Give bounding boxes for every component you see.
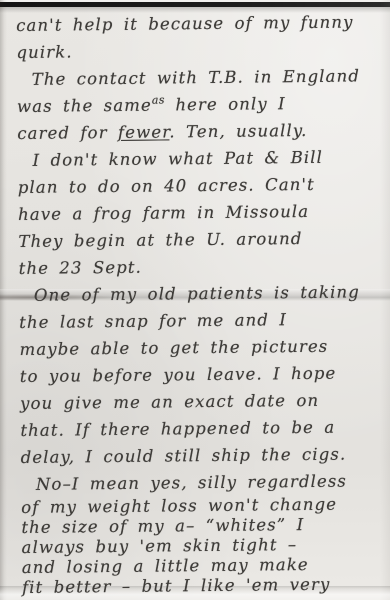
- handwritten-text-block: can't help it because of my funny quirk.…: [16, 8, 390, 598]
- letter-line: of my weight loss won't change: [21, 494, 390, 518]
- letter-line: fit better – but I like 'em very: [22, 574, 390, 598]
- letter-line: the 23 Sept.: [19, 251, 389, 282]
- letter-line: plan to do on 40 acres. Can't: [18, 170, 388, 201]
- letter-line: the last snap for me and I: [19, 305, 389, 336]
- letter-line: The contact with T.B. in England: [17, 62, 387, 93]
- letter-line: One of my old patients is taking: [19, 278, 389, 309]
- letter-line: to you before you leave. I hope: [20, 359, 390, 390]
- inserted-word-above-line: as: [152, 93, 165, 106]
- letter-line: quirk.: [16, 35, 386, 66]
- letter-line: They begin at the U. around: [18, 224, 388, 255]
- letter-line-with-underline: cared for fewer. Ten, usually.: [17, 116, 387, 147]
- letter-line: have a frog farm in Missoula: [18, 197, 388, 228]
- underlined-word: fewer: [118, 122, 170, 142]
- scanned-letter-page: can't help it because of my funny quirk.…: [0, 0, 390, 600]
- letter-line: No–I mean yes, silly regardless: [21, 467, 390, 498]
- letter-line-with-insertion: was the sameas here only I: [17, 89, 387, 120]
- letter-line: delay, I could still ship the cigs.: [21, 440, 390, 471]
- letter-line: you give me an exact date on: [20, 386, 390, 417]
- letter-line: maybe able to get the pictures: [19, 332, 389, 363]
- letter-line: can't help it because of my funny: [16, 8, 386, 39]
- letter-line: I don't know what Pat & Bill: [17, 143, 387, 174]
- letter-line: that. If there happened to be a: [20, 413, 390, 444]
